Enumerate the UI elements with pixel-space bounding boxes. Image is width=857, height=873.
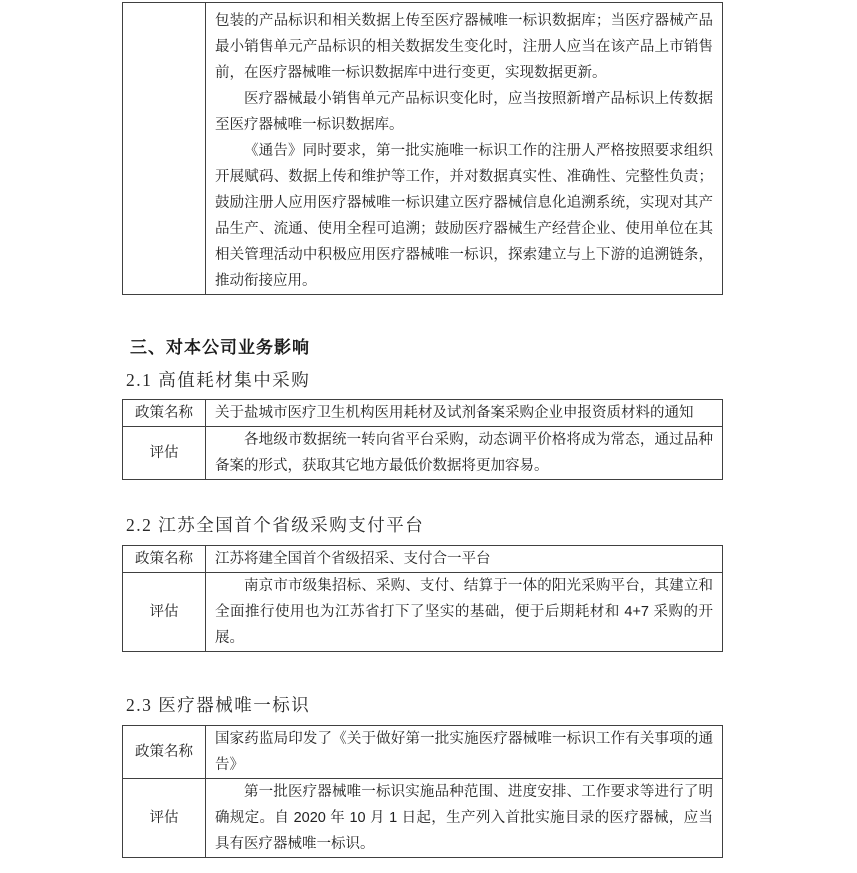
assessment-label: 评估 <box>123 572 206 651</box>
paragraph: 包装的产品标识和相关数据上传至医疗器械唯一标识数据库；当医疗器械产品最小销售单元… <box>215 8 713 86</box>
policy-table-2-1: 政策名称 关于盐城市医疗卫生机构医用耗材及试剂备案采购企业申报资质材料的通知 评… <box>122 399 723 480</box>
continuation-table-label-cell <box>123 3 206 294</box>
subsection-heading-2-3: 2.3 医疗器械唯一标识 <box>126 692 310 717</box>
policy-table-2-2: 政策名称 江苏将建全国首个省级招采、支付合一平台 评估 南京市市级集招标、采购、… <box>122 545 723 652</box>
policy-name-label: 政策名称 <box>123 400 206 426</box>
document-page: 包装的产品标识和相关数据上传至医疗器械唯一标识数据库；当医疗器械产品最小销售单元… <box>0 0 857 873</box>
policy-name-label: 政策名称 <box>123 726 206 778</box>
policy-table-2-3: 政策名称 国家药监局印发了《关于做好第一批实施医疗器械唯一标识工作有关事项的通告… <box>122 725 723 858</box>
continuation-table-content-cell: 包装的产品标识和相关数据上传至医疗器械唯一标识数据库；当医疗器械产品最小销售单元… <box>206 3 722 294</box>
paragraph: 医疗器械最小销售单元产品标识变化时，应当按照新增产品标识上传数据至医疗器械唯一标… <box>215 86 713 138</box>
assessment-value: 南京市市级集招标、采购、支付、结算于一体的阳光采购平台，其建立和全面推行使用也为… <box>206 572 722 651</box>
assessment-value: 各地级市数据统一转向省平台采购，动态调平价格将成为常态，通过品种备案的形式，获取… <box>206 426 722 479</box>
policy-name-value: 关于盐城市医疗卫生机构医用耗材及试剂备案采购企业申报资质材料的通知 <box>206 400 722 426</box>
continuation-table: 包装的产品标识和相关数据上传至医疗器械唯一标识数据库；当医疗器械产品最小销售单元… <box>122 2 723 295</box>
paragraph: 《通告》同时要求，第一批实施唯一标识工作的注册人严格按照要求组织开展赋码、数据上… <box>215 138 713 294</box>
assessment-label: 评估 <box>123 426 206 479</box>
assessment-value: 第一批医疗器械唯一标识实施品种范围、进度安排、工作要求等进行了明确规定。自 20… <box>206 778 722 857</box>
policy-name-value: 江苏将建全国首个省级招采、支付合一平台 <box>206 546 722 572</box>
assessment-label: 评估 <box>123 778 206 857</box>
subsection-heading-2-1: 2.1 高值耗材集中采购 <box>126 367 310 392</box>
subsection-heading-2-2: 2.2 江苏全国首个省级采购支付平台 <box>126 512 424 537</box>
section-heading: 三、对本公司业务影响 <box>130 333 310 358</box>
policy-name-label: 政策名称 <box>123 546 206 572</box>
policy-name-value: 国家药监局印发了《关于做好第一批实施医疗器械唯一标识工作有关事项的通告》 <box>206 726 722 778</box>
